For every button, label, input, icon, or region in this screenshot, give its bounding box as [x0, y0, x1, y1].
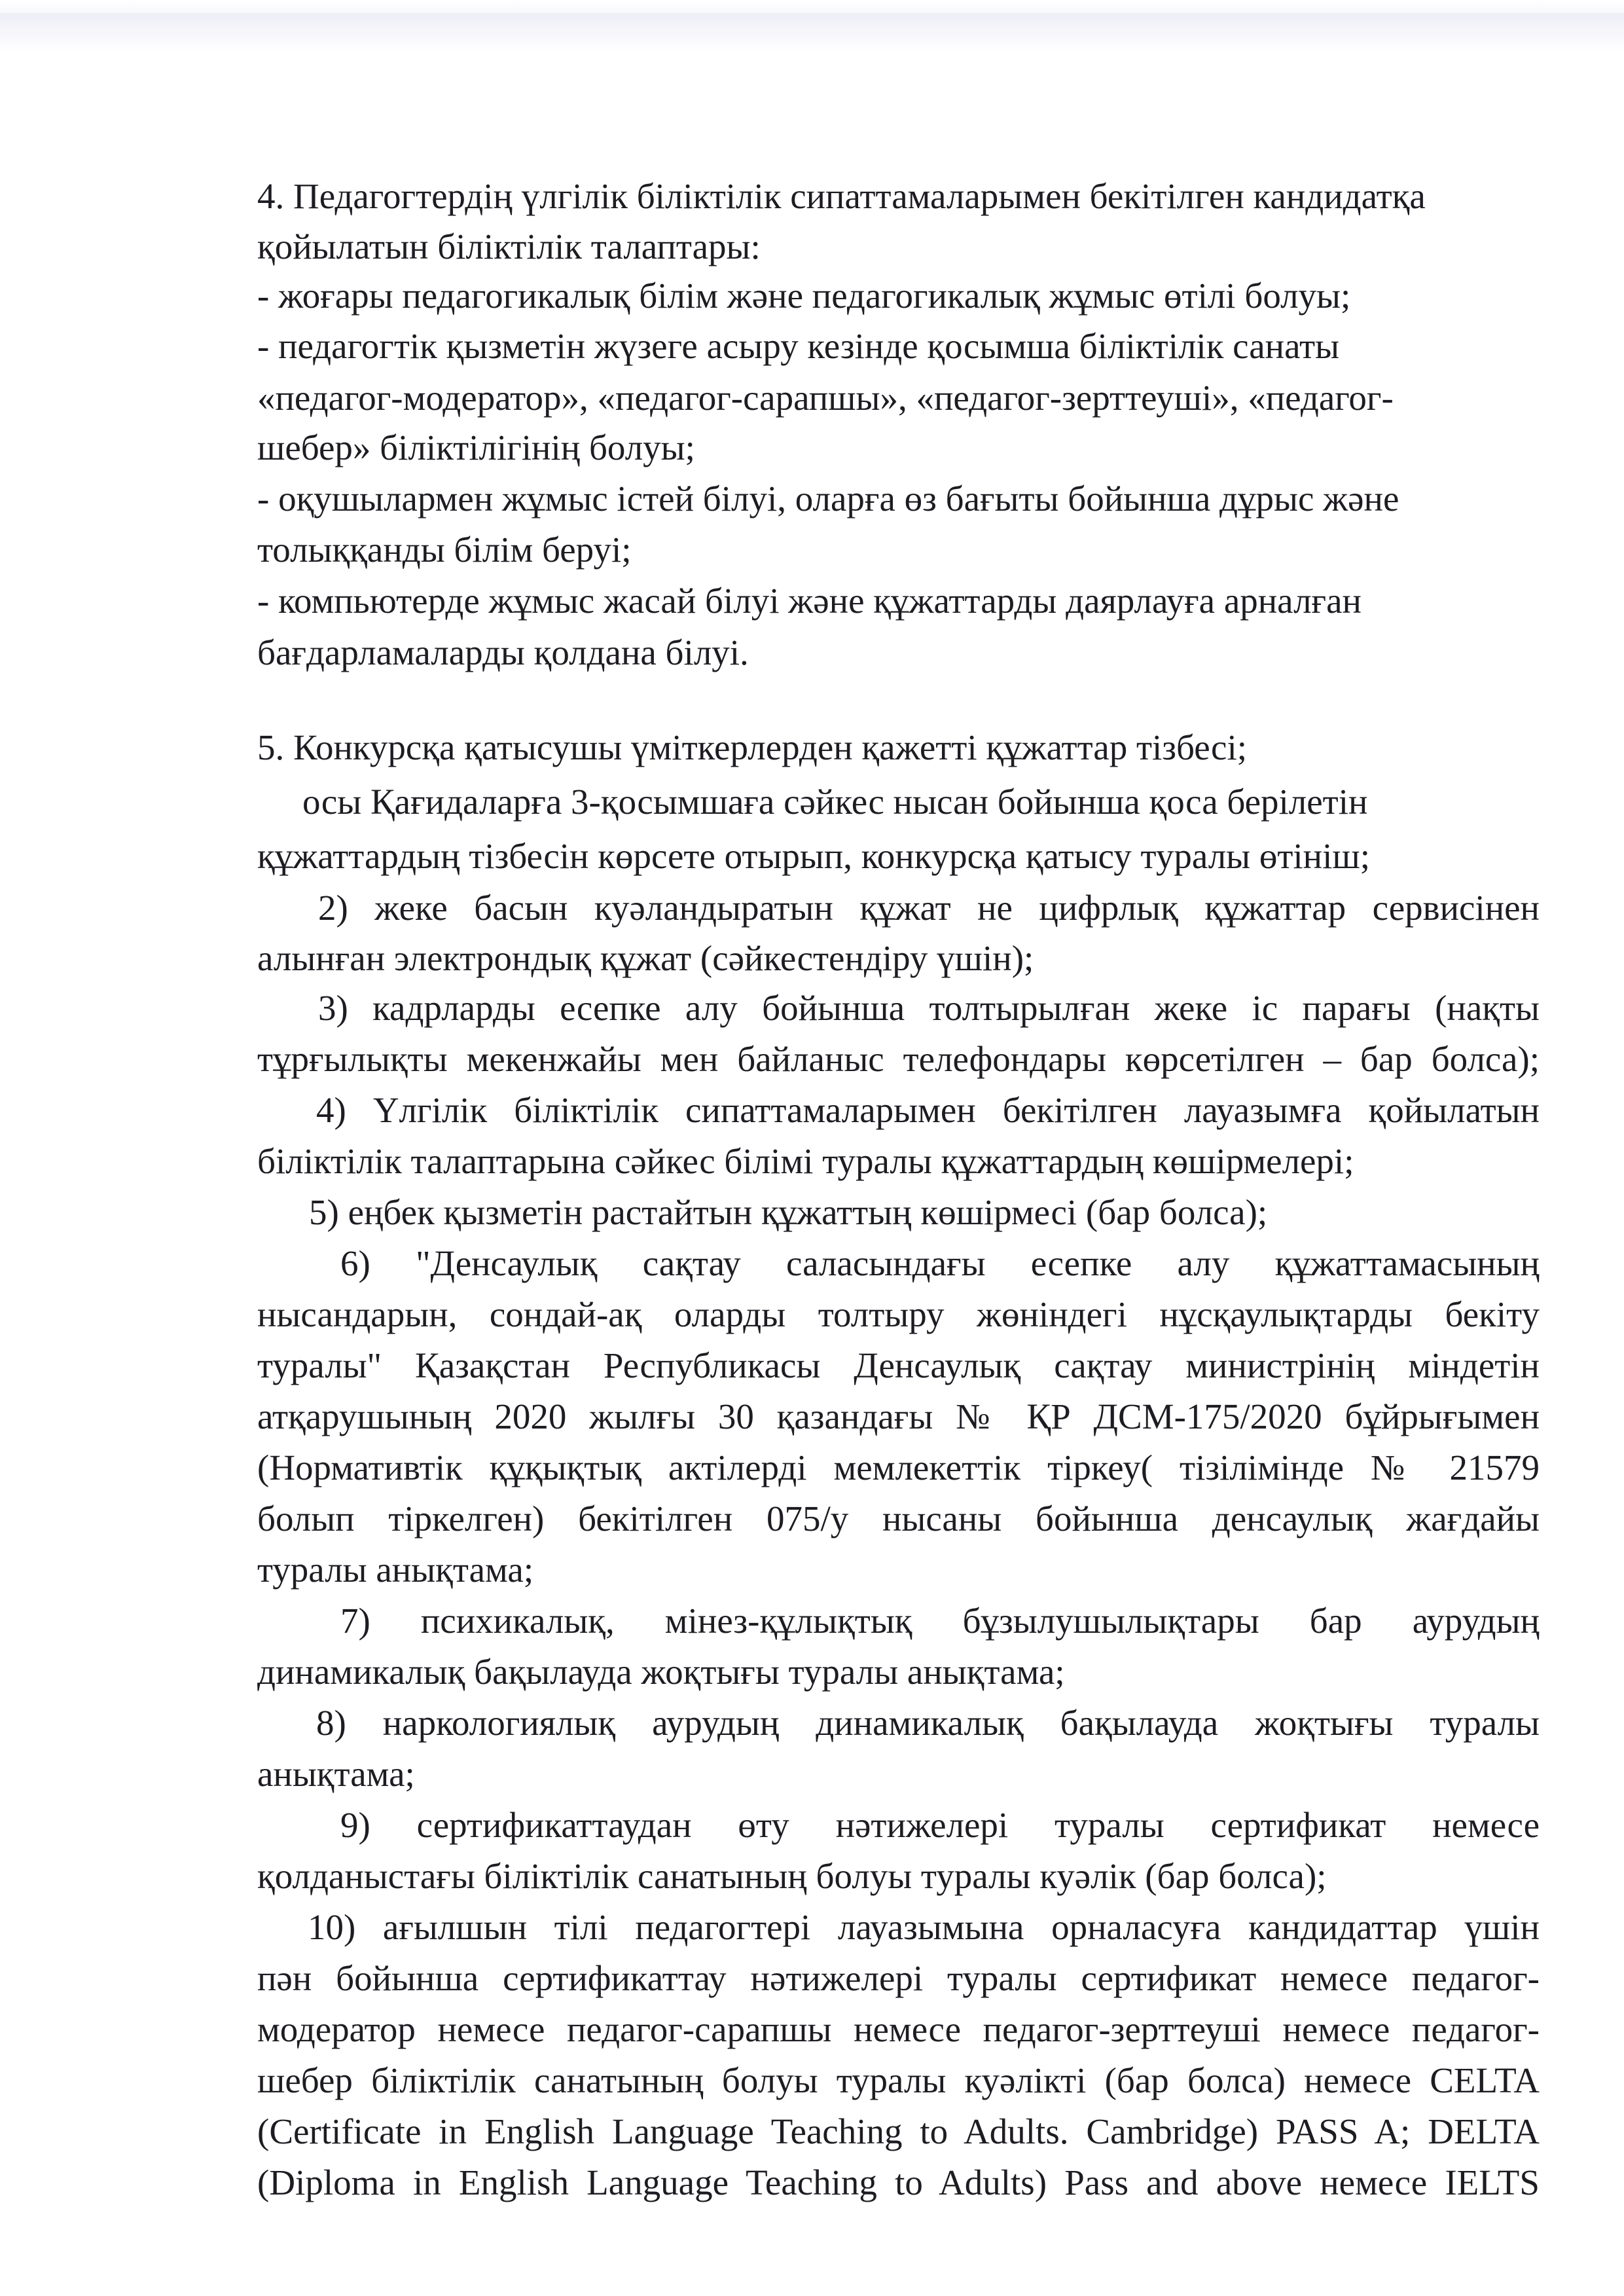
text-line: туралы анықтама;: [257, 1549, 533, 1591]
list-item: осы Қағидаларға 3-қосымшаға сәйкес нысан…: [302, 781, 1367, 823]
text-line: толыққанды білім беруі;: [257, 529, 632, 571]
list-item-3: 3) кадрларды есепке алу бойынша толтырыл…: [318, 987, 1540, 1029]
list-item-8: 8) наркологиялық аурудың динамикалық бақ…: [316, 1702, 1540, 1744]
text-line: (Нормативтік құқықтық актілерді мемлекет…: [257, 1447, 1540, 1489]
requirement-item: - компьютерде жұмыс жасай білуі және құж…: [257, 580, 1362, 622]
requirement-item: - педагогтік қызметін жүзеге асыру кезін…: [257, 325, 1339, 367]
list-item-6: 6) "Денсаулық сақтау саласындағы есепке …: [340, 1243, 1540, 1285]
text-line: нысандарын, сондай-ақ оларды толтыру жөн…: [257, 1294, 1540, 1336]
list-item-9: 9) сертификаттаудан өту нәтижелері турал…: [340, 1804, 1540, 1846]
text-line: алынған электрондық құжат (сәйкестендіру…: [257, 938, 1034, 979]
document-page: 4. Педагогтердің үлгілік біліктілік сипа…: [0, 0, 1624, 2296]
text-line: анықтама;: [257, 1753, 415, 1795]
section-4-heading: 4. Педагогтердің үлгілік біліктілік сипа…: [257, 175, 1426, 217]
list-item-10: 10) ағылшын тілі педагогтері лауазымына …: [308, 1906, 1540, 1948]
text-line: шебер біліктілік санатының болуы туралы …: [257, 2060, 1540, 2102]
text-line: (Certificate in English Language Teachin…: [257, 2111, 1540, 2153]
text-line: модератор немесе педагог-сарапшы немесе …: [257, 2009, 1540, 2050]
text-line: «педагог-модератор», «педагог-сарапшы», …: [257, 377, 1394, 419]
text-line: атқарушының 2020 жылғы 30 қазандағы № ҚР…: [257, 1396, 1540, 1438]
list-item-4: 4) Үлгілік біліктілік сипаттамаларымен б…: [316, 1089, 1540, 1131]
text-line: бағдарламаларды қолдана білуі.: [257, 632, 749, 674]
text-line: құжаттардың тізбесін көрсете отырып, кон…: [257, 835, 1370, 877]
text-line: тұрғылықты мекенжайы мен байланыс телефо…: [257, 1038, 1540, 1080]
text-line: біліктілік талаптарына сәйкес білімі тур…: [257, 1140, 1354, 1182]
text-line: пән бойынша сертификаттау нәтижелері тур…: [257, 1958, 1540, 1999]
section-5-heading: 5. Конкурсқа қатысушы үміткерлерден қаже…: [257, 727, 1247, 769]
list-item-5: 5) еңбек қызметін растайтын құжаттың көш…: [309, 1192, 1267, 1233]
requirement-item: - жоғары педагогикалық білім және педаго…: [257, 275, 1350, 317]
text-line: шебер» біліктілігінің болуы;: [257, 427, 695, 469]
text-line: қолданыстағы біліктілік санатының болуы …: [257, 1855, 1327, 1897]
text-line: динамикалық бақылауда жоқтығы туралы аны…: [257, 1651, 1065, 1693]
text-line: болып тіркелген) бекітілген 075/у нысаны…: [257, 1498, 1540, 1540]
list-item-2: 2) жеке басын куәландыратын құжат не циф…: [318, 887, 1540, 929]
text-line: туралы" Қазақстан Республикасы Денсаулық…: [257, 1345, 1540, 1387]
text-line: қойылатын біліктілік талаптары:: [257, 226, 761, 268]
list-item-7: 7) психикалық, мінез-құлықтық бұзылушылы…: [340, 1600, 1540, 1642]
requirement-item: - оқушылармен жұмыс істей білуі, оларға …: [257, 478, 1399, 520]
text-line: (Diploma in English Language Teaching to…: [257, 2162, 1540, 2204]
